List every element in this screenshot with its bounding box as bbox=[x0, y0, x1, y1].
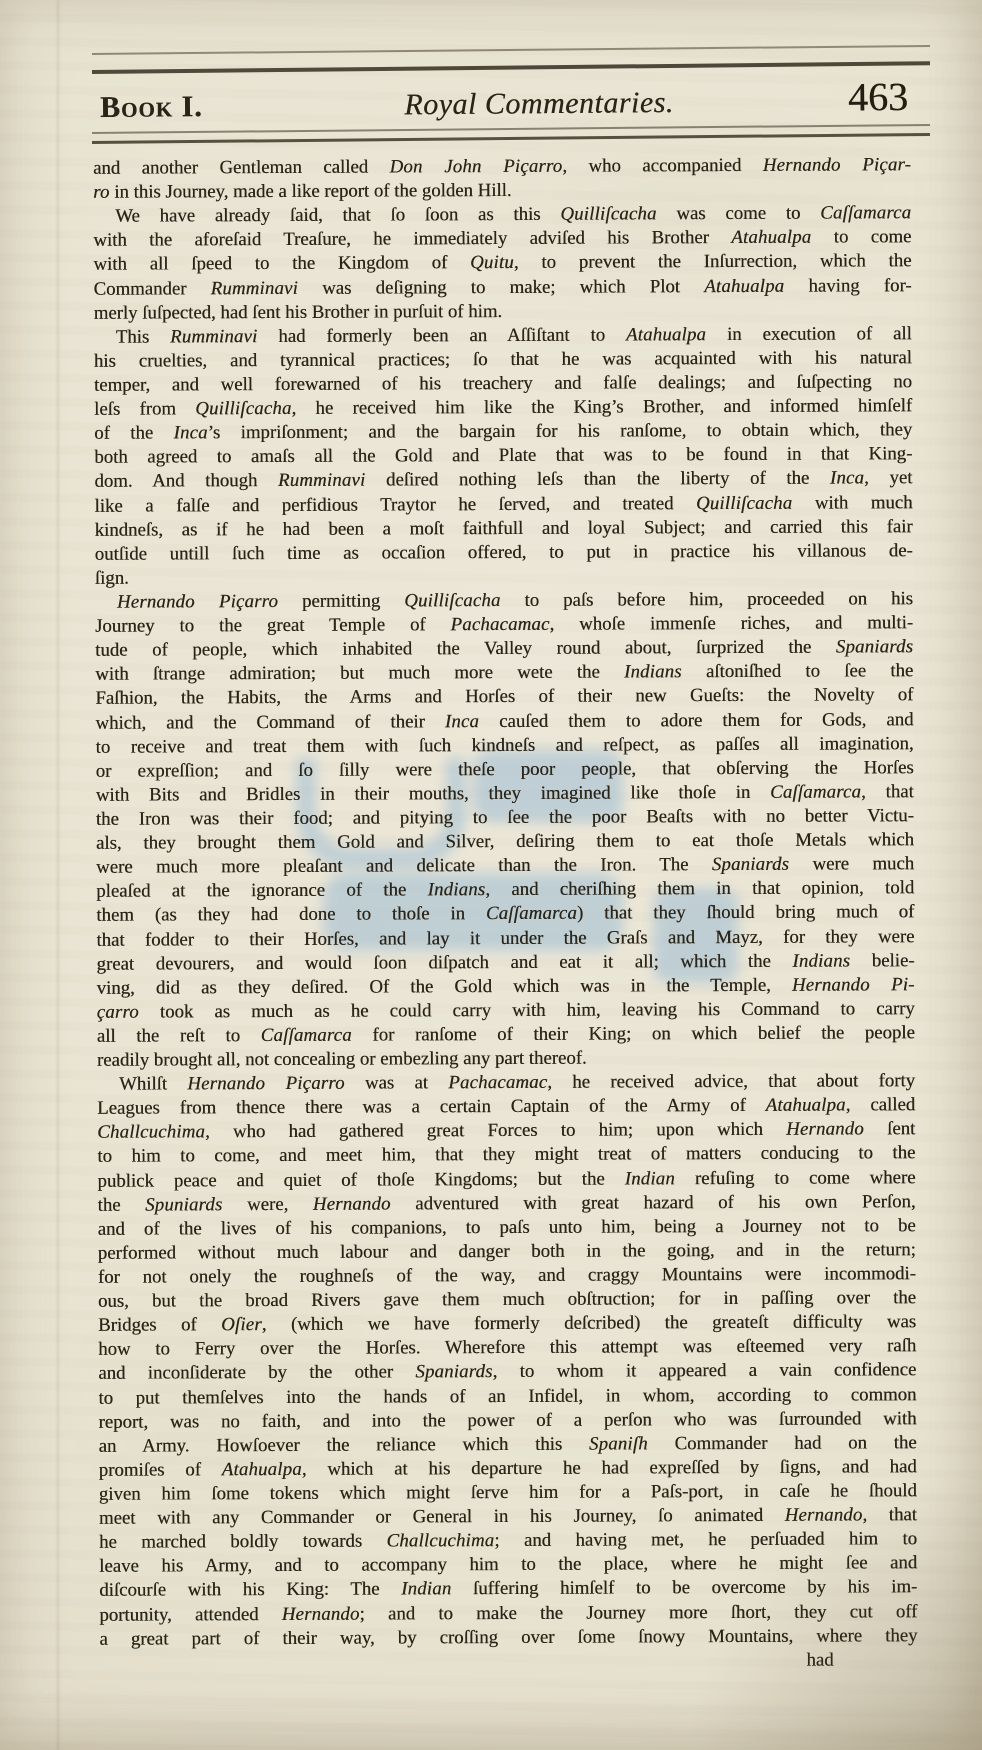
text-line: çarro took as much as he could carry wit… bbox=[97, 997, 915, 1025]
text-line: Whilſt Hernando Piçarro was at Pachacama… bbox=[97, 1069, 915, 1097]
text-line: Challcuchima, who had gathered great For… bbox=[97, 1118, 915, 1146]
running-header: Book I. Royal Commentaries. 463 bbox=[100, 73, 912, 127]
text-line: he marched boldly towards Challcuchima; … bbox=[99, 1527, 917, 1555]
page-title: Royal Commentaries. bbox=[340, 85, 738, 122]
text-line: great devourers, and would ſoon diſpatch… bbox=[96, 949, 914, 977]
text-line: and of the lives of his companions, to p… bbox=[98, 1214, 916, 1242]
text-line: to him to come, and meet him, that they … bbox=[97, 1142, 915, 1170]
text-line: temper, and well forewarned of his treac… bbox=[94, 370, 912, 398]
text-line: given him ſome tokens which might ſerve … bbox=[99, 1479, 917, 1507]
text-line: ro in this Journey, made a like report o… bbox=[93, 177, 911, 205]
text-line: an Army. Howſoever the reliance which th… bbox=[99, 1431, 917, 1459]
text-line: with the aforeſaid Treaſure, he immediat… bbox=[93, 226, 911, 254]
text-line: both agreed to amaſs all the Gold and Pl… bbox=[94, 443, 912, 471]
text-line: leſs from Quilliſcacha, he received him … bbox=[94, 394, 912, 422]
text-line: promiſes of Atahualpa, which at his depa… bbox=[99, 1455, 917, 1483]
header-rule-top-thick bbox=[92, 61, 930, 74]
header-rule-bottom-thick bbox=[92, 133, 930, 144]
text-line: of the Inca’s impriſonment; and the barg… bbox=[94, 418, 912, 446]
text-line: report, was no faith, and into the power… bbox=[98, 1407, 916, 1435]
text-line: Faſhion, the Habits, the Arms and Horſes… bbox=[95, 684, 913, 712]
text-line: kindneſs, as if he had been a moſt faith… bbox=[95, 515, 913, 543]
text-line: that fodder to their Horſes, and lay it … bbox=[96, 925, 914, 953]
text-line: Leagues from thence there was a certain … bbox=[97, 1093, 915, 1121]
header-rule-top-thin bbox=[92, 45, 930, 55]
text-line: and another Gentleman called Don John Pi… bbox=[93, 153, 911, 181]
text-line: We have already ſaid, that ſo ſoon as th… bbox=[93, 201, 911, 229]
text-line: Bridges of Oſier, (which we have formerl… bbox=[98, 1310, 916, 1338]
text-line: Commander Rumminavi was deſigning to mak… bbox=[94, 274, 912, 302]
text-line: pleaſed at the ignorance of the Indians,… bbox=[96, 876, 914, 904]
text-line: them (as they had done to thoſe in Caſſa… bbox=[96, 901, 914, 929]
text-line: tude of people, which inhabited the Vall… bbox=[95, 635, 913, 663]
text-line: how to Ferry over the Horſes. Wherefore … bbox=[98, 1335, 916, 1363]
text-line: with ſtrange admiration; but much more w… bbox=[95, 660, 913, 688]
text-line: to put themſelves into the hands of an I… bbox=[98, 1383, 916, 1411]
text-line: merly ſuſpected, had ſent his Brother in… bbox=[94, 298, 912, 326]
text-line: the Spuniards were, Hernando adventured … bbox=[98, 1190, 916, 1218]
book-page: Book I. Royal Commentaries. 463 and anot… bbox=[0, 0, 982, 1750]
text-line: were much more pleaſant and delicate tha… bbox=[96, 852, 914, 880]
text-line: als, they brought them Gold and Silver, … bbox=[96, 828, 914, 856]
text-line: Hernando Piçarro permitting Quilliſcacha… bbox=[95, 587, 913, 615]
text-line: publick peace and quiet of thoſe Kingdom… bbox=[97, 1166, 915, 1194]
text-line: the Iron was their food; and pitying to … bbox=[96, 804, 914, 832]
text-line: meet with any Commander or General in hi… bbox=[99, 1503, 917, 1531]
page-number: 463 bbox=[738, 73, 912, 122]
text-line: This Rumminavi had formerly been an Aſſi… bbox=[94, 322, 912, 350]
page-crease bbox=[57, 0, 59, 1750]
text-line: a great part of their way, by croſſing o… bbox=[99, 1624, 917, 1652]
text-line: and inconſiderate by the other Spaniards… bbox=[98, 1359, 916, 1387]
text-line: or expreſſion; and ſo ſilly were theſe p… bbox=[96, 756, 914, 784]
text-line: for not onely the roughneſs of the way, … bbox=[98, 1262, 916, 1290]
book-label: Book I. bbox=[100, 89, 340, 125]
text-line: ſign. bbox=[95, 563, 913, 591]
text-line: portunity, attended Hernando; and to mak… bbox=[99, 1600, 917, 1628]
text-line: all the reſt to Caſſamarca for ranſome o… bbox=[97, 1021, 915, 1049]
text-line: outſide untill ſuch time as occaſion off… bbox=[95, 539, 913, 567]
text-line: with Bits and Bridles in their mouths, t… bbox=[96, 780, 914, 808]
text-line: to receive and treat them with ſuch kind… bbox=[96, 732, 914, 760]
text-line: Journey to the great Temple of Pachacama… bbox=[95, 611, 913, 639]
body-text: and another Gentleman called Don John Pi… bbox=[93, 153, 918, 1675]
text-line: like a falſe and perfidious Traytor he ſ… bbox=[94, 491, 912, 519]
text-line: ving, did as they deſired. Of the Gold w… bbox=[97, 973, 915, 1001]
text-line: leave his Army, and to accompany him to … bbox=[99, 1552, 917, 1580]
text-line: diſcourſe with his King: The Indian ſuff… bbox=[99, 1576, 917, 1604]
text-line: dom. And though Rumminavi deſired nothin… bbox=[94, 467, 912, 495]
text-line: with all ſpeed to the Kingdom of Quitu, … bbox=[93, 250, 911, 278]
catchword: had bbox=[100, 1648, 918, 1676]
text-line: readily brought all, not concealing or e… bbox=[97, 1045, 915, 1073]
text-line: performed without much labour and danger… bbox=[98, 1238, 916, 1266]
text-line: ous, but the broad Rivers gave them much… bbox=[98, 1286, 916, 1314]
text-line: his cruelties, and tyrannical practices;… bbox=[94, 346, 912, 374]
text-line: which, and the Command of their Inca cau… bbox=[95, 708, 913, 736]
